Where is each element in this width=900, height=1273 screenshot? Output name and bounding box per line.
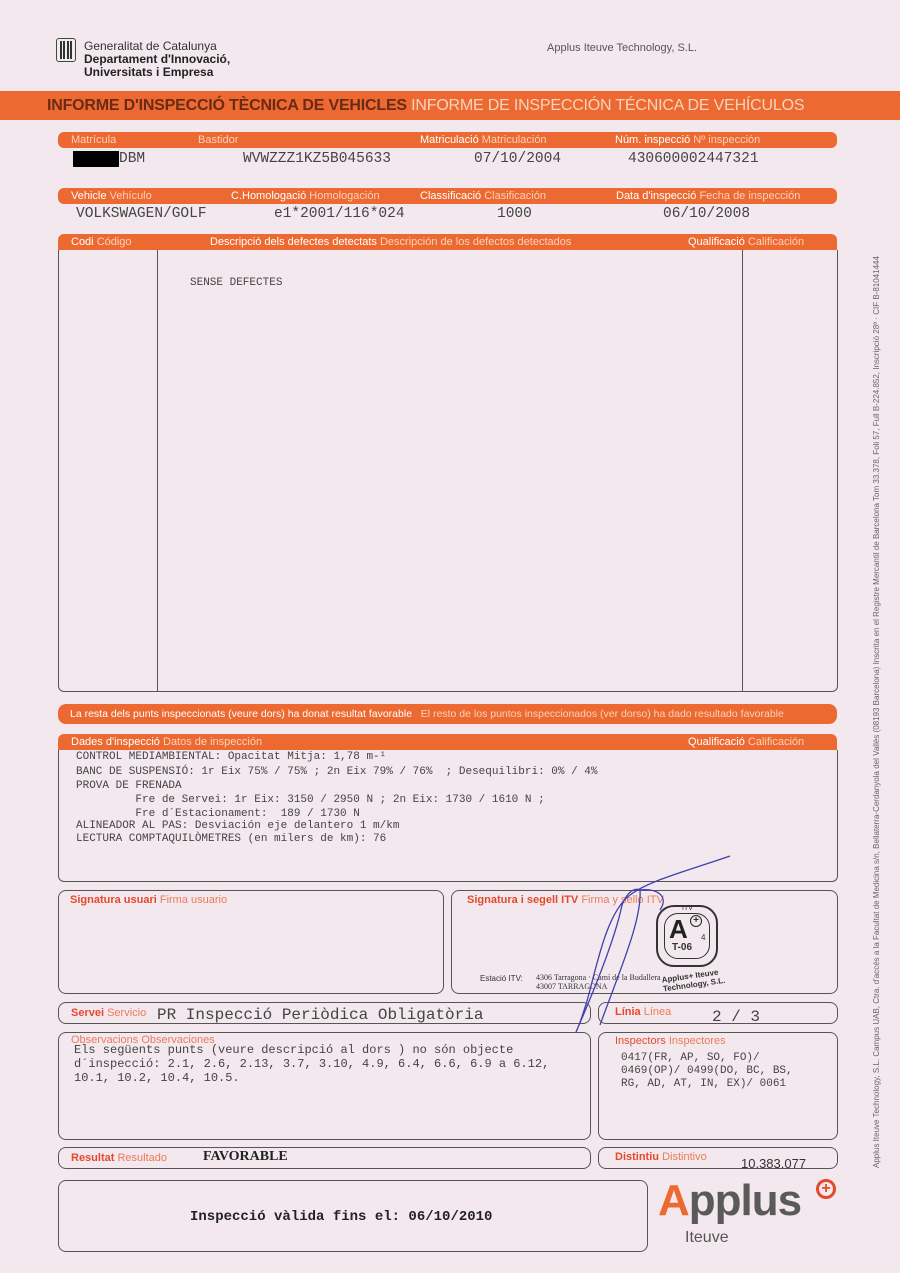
station-label: Estació ITV: — [480, 974, 523, 983]
value-homologacio: e1*2001/116*024 — [274, 206, 405, 222]
value-num-inspeccio: 430600002447321 — [628, 151, 759, 167]
gov-line-1: Generalitat de Catalunya — [84, 39, 217, 53]
title-catalan: INFORME D'INSPECCIÓ TÈCNICA DE VEHICLES — [47, 97, 407, 114]
defect-entry: SENSE DEFECTES — [190, 277, 282, 289]
inspection-line: LECTURA COMPTAQUILÒMETRES (en milers de … — [76, 833, 386, 845]
header-descripcio: Descripció dels defectes detectats Descr… — [210, 234, 571, 250]
inspector-line: 0417(FR, AP, SO, FO)/ — [621, 1052, 760, 1064]
inspection-line: Fre d´Estacionament: 189 / 1730 N — [76, 808, 360, 820]
value-classificacio: 1000 — [497, 206, 532, 222]
header-qualificacio: Qualificació Calificación — [688, 234, 804, 250]
value-bastidor: WVWZZZ1KZ5B045633 — [243, 151, 391, 167]
value-vehicle: VOLKSWAGEN/GOLF — [76, 206, 207, 222]
label-vehicle: Vehicle Vehículo — [71, 188, 152, 204]
value-resultat: FAVORABLE — [203, 1149, 288, 1165]
observation-line: 10.1, 10.2, 10.4, 10.5. — [74, 1071, 240, 1085]
label-qualificacio-2: Qualificació Calificación — [688, 734, 804, 750]
label-inspectors: Inspectors Inspectores — [615, 1035, 726, 1047]
inspection-line: PROVA DE FRENADA — [76, 780, 182, 792]
header-codi: Codi Código — [71, 234, 132, 250]
inspector-line: RG, AD, AT, IN, EX)/ 0061 — [621, 1078, 786, 1090]
label-bastidor: Bastidor — [198, 132, 238, 148]
label-servei: Servei Servicio — [71, 1007, 146, 1019]
gov-line-3: Universitats i Empresa — [84, 65, 213, 79]
label-distintiu: Distintiu Distintivo — [615, 1151, 707, 1163]
title-spanish: INFORME DE INSPECCIÓN TÉCNICA DE VEHÍCUL… — [411, 97, 804, 114]
label-num-inspeccio: Núm. inspecció Nº inspección — [615, 132, 760, 148]
observation-line: Els següents punts (veure descripció al … — [74, 1043, 513, 1057]
observation-line: d´inspecció: 2.1, 2.6, 2.13, 3.7, 3.10, … — [74, 1057, 549, 1071]
label-matriculacio: Matriculació Matriculación — [420, 132, 547, 148]
label-matricula: Matrícula — [71, 132, 116, 148]
gov-line-2: Departament d'Innovació, — [84, 52, 230, 66]
inspector-line: 0469(OP)/ 0499(DO, BC, BS, — [621, 1065, 793, 1077]
applus-logo: Applus — [658, 1176, 801, 1226]
label-classificacio: Classificació Clasificación — [420, 188, 546, 204]
defects-divider-2 — [742, 250, 743, 692]
label-data-inspeccio: Data d'inspecció Fecha de inspección — [616, 188, 800, 204]
value-servei: PR Inspecció Periòdica Obligatòria — [157, 1006, 483, 1024]
label-resultat: Resultat Resultado — [71, 1152, 167, 1164]
inspection-line: ALINEADOR AL PAS: Desviación eje delante… — [76, 820, 399, 832]
label-linia: Línia Línea — [615, 1006, 671, 1018]
redacted-plate — [73, 151, 119, 167]
value-matriculacio: 07/10/2004 — [474, 151, 561, 167]
generalitat-logo-icon — [56, 38, 76, 62]
company-name: Applus Iteuve Technology, S.L. — [547, 42, 697, 54]
defects-divider-1 — [157, 250, 158, 692]
applus-subbrand: Iteuve — [685, 1229, 729, 1247]
inspection-line: Fre de Servei: 1r Eix: 3150 / 2950 N ; 2… — [76, 794, 545, 806]
document-title: INFORME D'INSPECCIÓ TÈCNICA DE VEHICLES … — [47, 97, 804, 115]
inspection-line: BANC DE SUSPENSIÓ: 1r Eix 75% / 75% ; 2n… — [76, 766, 598, 778]
legal-side-text: Applus Iteuve Technology, S.L. Campus UA… — [872, 256, 881, 1168]
defects-table — [58, 250, 838, 692]
value-distintiu: 10.383.077 — [741, 1156, 806, 1171]
label-user-signature: Signatura usuari Firma usuario — [70, 894, 227, 906]
label-dades-inspeccio: Dades d'inspecció Datos de inspección — [71, 734, 262, 750]
result-note: La resta dels punts inspeccionats (veure… — [70, 706, 784, 722]
applus-plus-icon: + — [816, 1179, 836, 1199]
validity-text: Inspecció vàlida fins el: 06/10/2010 — [190, 1209, 492, 1225]
label-homologacio: C.Homologació Homologación — [231, 188, 380, 204]
inspection-line: CONTROL MEDIAMBIENTAL: Opacitat Mitja: 1… — [76, 751, 386, 763]
value-data-inspeccio: 06/10/2008 — [663, 206, 750, 222]
value-matricula: DBM — [119, 151, 145, 167]
value-linia: 2 / 3 — [712, 1008, 760, 1026]
